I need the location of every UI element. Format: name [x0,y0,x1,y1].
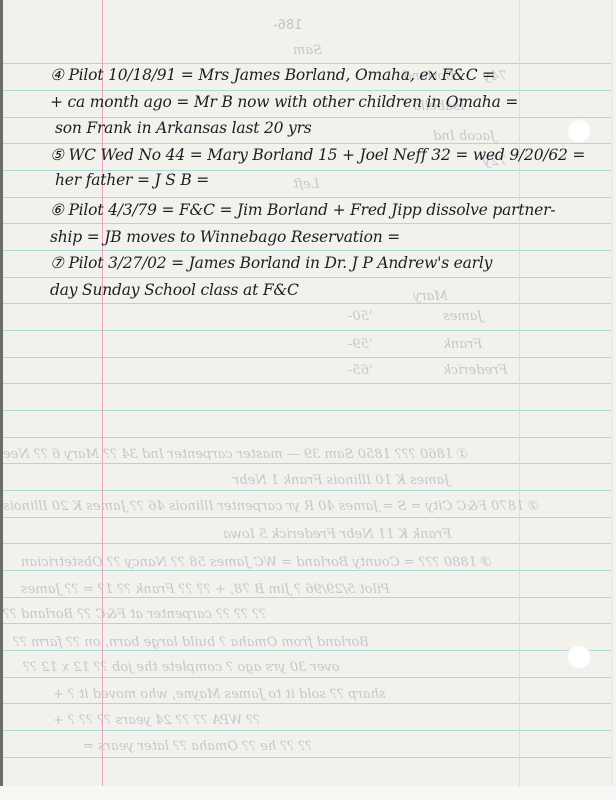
entry-text: Pilot 10/18/91 = Mrs James Borland, Omah… [68,66,494,84]
right-margin-line [519,0,520,786]
entry-marker: ⑤ [50,146,64,164]
bleed-text: Left [293,178,319,191]
entry-text: Pilot 4/3/79 = F&C = Jim Borland + Fred … [68,201,555,219]
bleed-page-number: 186- [273,18,303,33]
bleed-text: Sam [293,44,322,57]
bleed-line: ?? ?? ?? carpenter at F&C ?? Borland ?? [3,608,266,621]
bleed-text: Frederick [443,364,507,377]
entry-text: Pilot 3/27/02 = James Borland in Dr. J P… [68,254,492,272]
bleed-line: ① 1860 ??? 1850 Sam 39 — master carpente… [3,448,469,461]
bleed-line: sharp ?? sold it to James Mayne, who mov… [53,688,385,701]
bleed-line: ② 1870 F&C City = S = James 40 R yr carp… [3,500,540,513]
entry-5-line-2: her father = J S B = [55,173,209,189]
entry-6-line-1: ⑥ Pilot 4/3/79 = F&C = Jim Borland + Fre… [50,203,555,219]
punch-hole [567,119,591,143]
bleed-line: over 30 yrs ago ? complete the job ?? 12… [23,661,340,674]
punch-hole [567,645,591,669]
bleed-line: ③ 1880 ??? = County Borland = WC James 5… [21,556,493,569]
bleed-text: Jacob Ind [433,130,495,143]
entry-text: WC Wed No 44 = Mary Borland 15 + Joel Ne… [68,146,585,164]
bleed-line: ?? WPA ?? ?? 24 years ?? ?? ? + [53,714,260,727]
bleed-text: '50- [348,310,373,323]
notebook-page: 186- Sam Borland 74y Isabella Jacob Ind … [3,0,611,786]
bleed-text: Frank [443,338,482,351]
bleed-line: Pilot 5/29/96 ? Jim B 78, + ?? ?? Frank … [21,583,390,596]
entry-5-line-1: ⑤ WC Wed No 44 = Mary Borland 15 + Joel … [50,148,585,164]
bleed-text: '59- [348,338,373,351]
scanner-background [0,786,616,800]
entry-4-line-2: + ca month ago = Mr B now with other chi… [50,95,518,111]
bleed-line: James K 10 Illinois Frank 1 Nebr [233,474,449,487]
bleed-text: '65- [348,364,373,377]
bleed-text: Mary [413,290,448,303]
entry-7-line-1: ⑦ Pilot 3/27/02 = James Borland in Dr. J… [50,256,492,272]
entry-marker: ⑥ [50,201,64,219]
entry-4-line-1: ④ Pilot 10/18/91 = Mrs James Borland, Om… [50,68,495,84]
entry-marker: ④ [50,66,64,84]
entry-4-line-3: son Frank in Arkansas last 20 yrs [55,121,312,137]
entry-6-line-2: ship = JB moves to Winnebago Reservation… [50,230,400,246]
entry-7-line-2: day Sunday School class at F&C [50,283,299,299]
bleed-line: Frank K 11 Nebr Frederick 5 Iowa [223,528,451,541]
bleed-text: James [443,310,483,323]
bleed-line: ?? ?? he ?? Omaha ?? later years = [83,740,312,753]
entry-marker: ⑦ [50,254,64,272]
bleed-line: Borland from Omaha ? build large barn, o… [13,636,369,649]
